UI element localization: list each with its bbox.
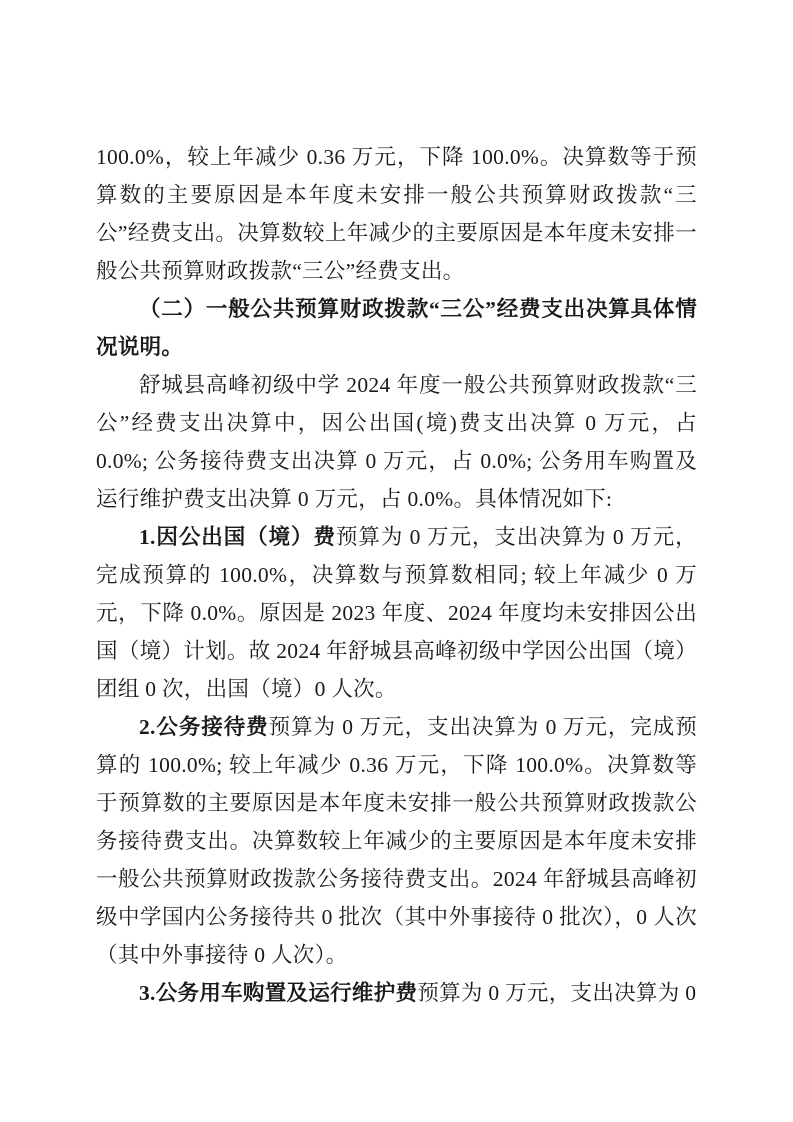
paragraph-item-1-abroad-text: 预算为 0 万元，支出决算为 0 万元，完成预算的 100.0%，决算数与预算数… <box>96 525 697 701</box>
paragraph-carryover-text: 100.0%，较上年减少 0.36 万元，下降 100.0%。决算数等于预算数的… <box>96 145 697 283</box>
paragraph-item-2-reception-label: 2.公务接待费 <box>139 715 269 739</box>
paragraph-item-1-abroad: 1.因公出国（境）费预算为 0 万元，支出决算为 0 万元，完成预算的 100.… <box>96 518 697 708</box>
paragraph-item-3-vehicle: 3.公务用车购置及运行维护费预算为 0 万元，支出决算为 0 <box>96 974 697 1012</box>
document-body-text: 100.0%，较上年减少 0.36 万元，下降 100.0%。决算数等于预算数的… <box>96 138 697 1012</box>
paragraph-item-2-reception-text: 预算为 0 万元，支出决算为 0 万元，完成预算的 100.0%; 较上年减少 … <box>96 715 697 967</box>
paragraph-carryover: 100.0%，较上年减少 0.36 万元，下降 100.0%。决算数等于预算数的… <box>96 138 697 290</box>
paragraph-overview-text: 舒城县高峰初级中学 2024 年度一般公共预算财政拨款“三公”经费支出决算中，因… <box>96 373 697 511</box>
section-heading-2-text: （二）一般公共预算财政拨款“三公”经费支出决算具体情况说明。 <box>96 297 697 359</box>
paragraph-overview: 舒城县高峰初级中学 2024 年度一般公共预算财政拨款“三公”经费支出决算中，因… <box>96 366 697 518</box>
paragraph-item-1-abroad-label: 1.因公出国（境）费 <box>139 525 336 549</box>
document-page: 100.0%，较上年减少 0.36 万元，下降 100.0%。决算数等于预算数的… <box>0 0 793 1122</box>
paragraph-item-3-vehicle-label: 3.公务用车购置及运行维护费 <box>139 981 417 1005</box>
paragraph-item-3-vehicle-text: 预算为 0 万元，支出决算为 0 <box>417 981 696 1005</box>
section-heading-2: （二）一般公共预算财政拨款“三公”经费支出决算具体情况说明。 <box>96 290 697 366</box>
paragraph-item-2-reception: 2.公务接待费预算为 0 万元，支出决算为 0 万元，完成预算的 100.0%;… <box>96 708 697 974</box>
